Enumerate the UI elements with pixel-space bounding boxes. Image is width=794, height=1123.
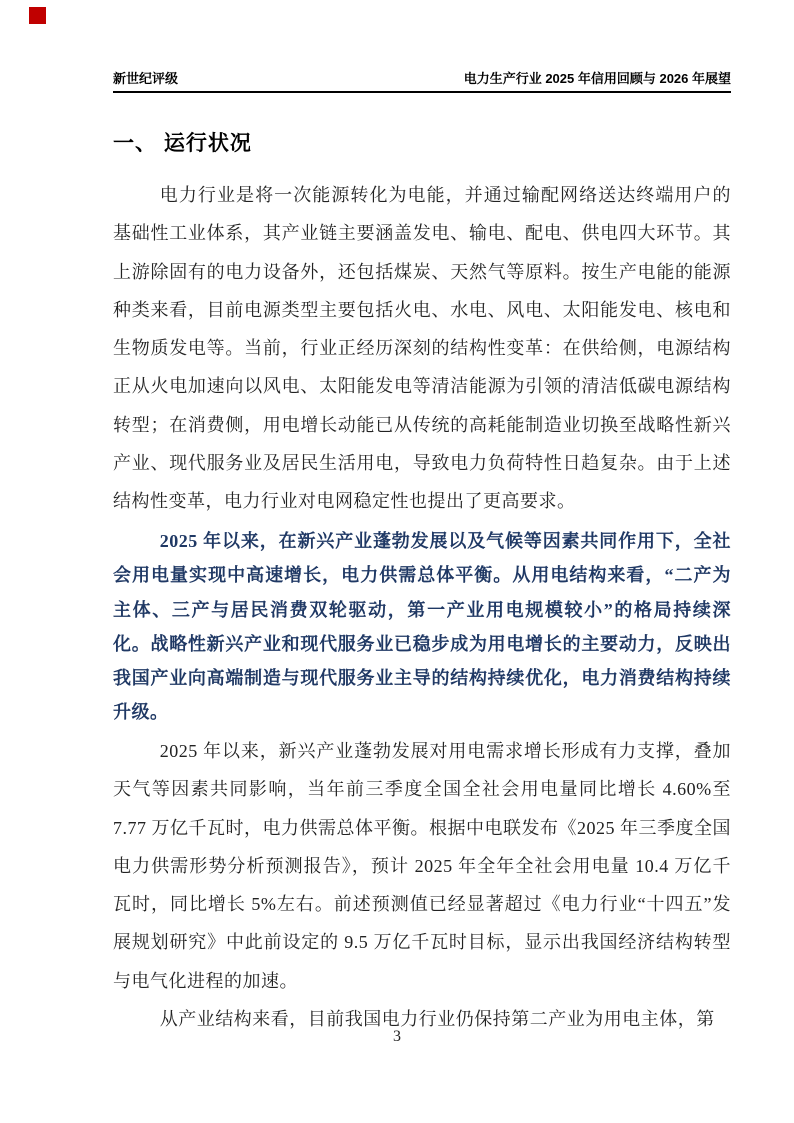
header-brand-text: 新世纪评级	[113, 71, 178, 87]
body-paragraph: 2025 年以来，新兴产业蓬勃发展对用电需求增长形成有力支撑，叠加天气等因素共同…	[113, 732, 731, 1000]
header-report-title: 电力生产行业 2025 年信用回顾与 2026 年展望	[464, 71, 731, 87]
section-heading: 一、 运行状况	[113, 127, 252, 157]
page-header: 新世纪评级 电力生产行业 2025 年信用回顾与 2026 年展望	[113, 71, 731, 93]
brand-logo-icon	[29, 7, 46, 24]
document-page: 新世纪评级 电力生产行业 2025 年信用回顾与 2026 年展望 一、 运行状…	[0, 0, 794, 1123]
emphasis-paragraph: 2025 年以来，在新兴产业蓬勃发展以及气候等因素共同作用下，全社会用电量实现中…	[113, 524, 731, 730]
body-paragraph: 电力行业是将一次能源转化为电能，并通过输配网络送达终端用户的基础性工业体系，其产…	[113, 176, 731, 521]
page-number: 3	[0, 1028, 794, 1046]
